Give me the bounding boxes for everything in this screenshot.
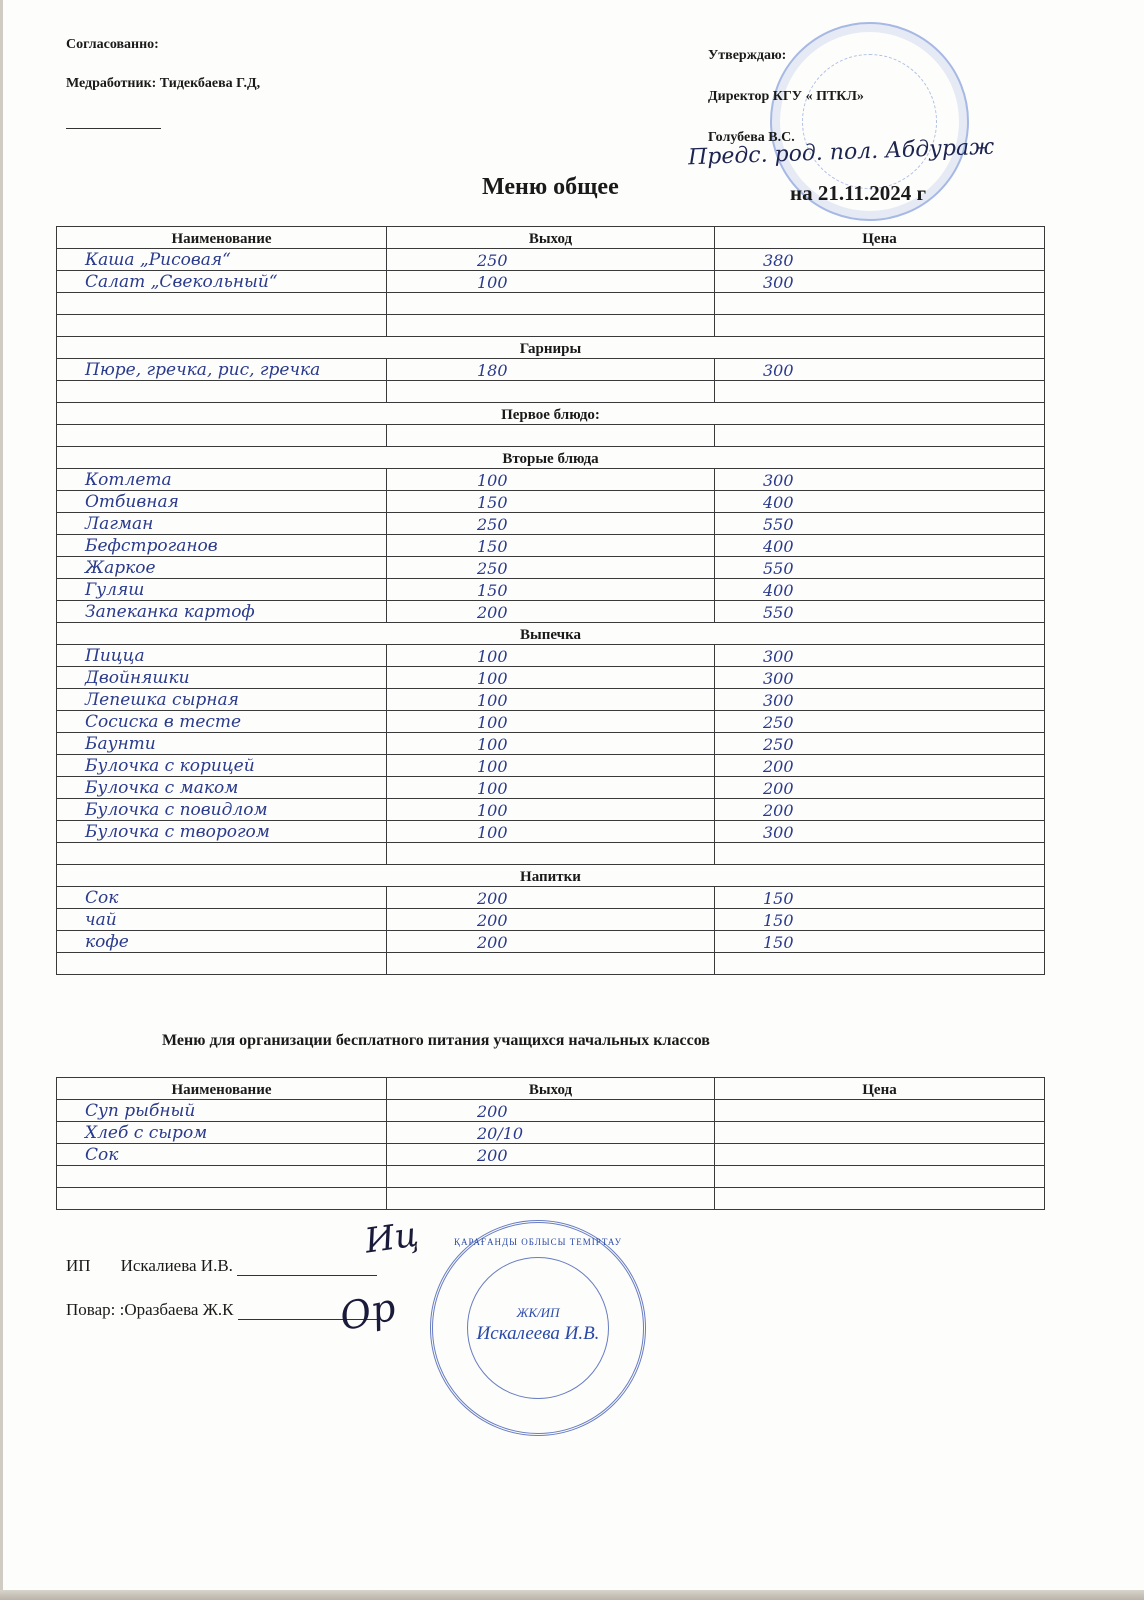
cell-price: 300 (715, 469, 1045, 491)
cell-name: Сок (57, 1144, 387, 1166)
cell-output: 100 (387, 755, 715, 777)
cook-line: Повар: :Оразбаева Ж.К (66, 1300, 378, 1320)
cell-name: Гуляш (57, 579, 387, 601)
table-row: Сок200 (57, 1144, 1045, 1166)
cell-name: Пицца (57, 645, 387, 667)
cell-price (715, 1144, 1045, 1166)
empty-row (57, 1188, 1045, 1210)
cell-output: 180 (387, 359, 715, 381)
menu-date: на 21.11.2024 г (790, 181, 926, 206)
cell-price (715, 1122, 1045, 1144)
cell-price: 550 (715, 557, 1045, 579)
empty-cell (715, 843, 1045, 865)
cook-label: Повар: :Оразбаева Ж.К (66, 1300, 234, 1320)
cell-price: 200 (715, 777, 1045, 799)
table-row: Двойняшки100300 (57, 667, 1045, 689)
cell-name: Баунти (57, 733, 387, 755)
section-bakery: Выпечка (57, 623, 1045, 645)
empty-cell (387, 381, 715, 403)
cell-output: 100 (387, 667, 715, 689)
cell-output: 250 (387, 557, 715, 579)
table-header-row: НаименованиеВыходЦена (57, 1078, 1045, 1100)
table-row: Суп рыбный200 (57, 1100, 1045, 1122)
medic-signature-line (66, 116, 161, 129)
cell-price: 400 (715, 535, 1045, 557)
cell-name: кофе (57, 931, 387, 953)
empty-cell (57, 843, 387, 865)
cell-output: 100 (387, 711, 715, 733)
cell-name: Сосиска в тесте (57, 711, 387, 733)
cell-name: Бефстроганов (57, 535, 387, 557)
cell-price: 550 (715, 513, 1045, 535)
cell-name: Булочка с повидлом (57, 799, 387, 821)
table-row: Булочка с корицей100200 (57, 755, 1045, 777)
section-garnish: Гарниры (57, 337, 1045, 359)
cell-name: Пюре, гречка, рис, гречка (57, 359, 387, 381)
column-header-name: Наименование (57, 1078, 387, 1100)
cell-output: 100 (387, 271, 715, 293)
ip-line: ИП Искалиева И.В. (66, 1256, 378, 1276)
cell-price: 400 (715, 579, 1045, 601)
cell-output: 150 (387, 579, 715, 601)
cell-name: Булочка с маком (57, 777, 387, 799)
table-row: Сосиска в тесте100250 (57, 711, 1045, 733)
cell-output: 100 (387, 469, 715, 491)
table-row: кофе200150 (57, 931, 1045, 953)
ip-stamp: ҚАРАҒАНДЫ ОБЛЫСЫ ТЕМІРТАУ ЖК/ИП Искалеев… (430, 1220, 646, 1436)
cell-name: чай (57, 909, 387, 931)
table-row: чай200150 (57, 909, 1045, 931)
cell-output: 100 (387, 821, 715, 843)
empty-cell (715, 425, 1045, 447)
table-row: Отбивная150400 (57, 491, 1045, 513)
empty-cell (715, 315, 1045, 337)
cell-name: Булочка с творогом (57, 821, 387, 843)
empty-cell (387, 1166, 715, 1188)
table-row: Салат „Свекольный“100300 (57, 271, 1045, 293)
cell-output: 150 (387, 535, 715, 557)
cell-price (715, 1100, 1045, 1122)
empty-cell (57, 425, 387, 447)
ip-name: Искалиева И.В. (121, 1256, 233, 1276)
table-row: Каша „Рисовая“250380 (57, 249, 1045, 271)
cell-name: Хлеб с сыром (57, 1122, 387, 1144)
cell-name: Лагман (57, 513, 387, 535)
cell-name: Запеканка картоф (57, 601, 387, 623)
column-header-price: Цена (715, 227, 1045, 249)
empty-cell (715, 1166, 1045, 1188)
empty-cell (57, 315, 387, 337)
ip-label: ИП (66, 1256, 91, 1276)
section-first-course: Первое блюдо: (57, 403, 1045, 425)
table-row: Сок200150 (57, 887, 1045, 909)
cell-output: 100 (387, 799, 715, 821)
section-title: Первое блюдо: (57, 403, 1045, 425)
empty-row (57, 381, 1045, 403)
cell-name: Булочка с корицей (57, 755, 387, 777)
cell-output: 100 (387, 645, 715, 667)
cell-price: 400 (715, 491, 1045, 513)
cell-price: 300 (715, 359, 1045, 381)
empty-cell (57, 381, 387, 403)
table-row: Пюре, гречка, рис, гречка180300 (57, 359, 1045, 381)
cell-output: 250 (387, 513, 715, 535)
stamp-line2: Искалеева И.В. (433, 1323, 643, 1345)
page-title: Меню общее (482, 174, 619, 201)
table-row: Котлета100300 (57, 469, 1045, 491)
cell-price: 200 (715, 799, 1045, 821)
empty-row (57, 843, 1045, 865)
column-header-output: Выход (387, 227, 715, 249)
table-row: Бефстроганов150400 (57, 535, 1045, 557)
table-header-row: НаименованиеВыходЦена (57, 227, 1045, 249)
ip-signature-line (237, 1259, 377, 1276)
cell-price: 300 (715, 271, 1045, 293)
table-row: Булочка с творогом100300 (57, 821, 1045, 843)
table-row: Запеканка картоф200550 (57, 601, 1045, 623)
empty-row (57, 293, 1045, 315)
cell-name: Сок (57, 887, 387, 909)
free-menu-table: НаименованиеВыходЦенаСуп рыбный200Хлеб с… (56, 1077, 1045, 1210)
page-edge-bottom (0, 1590, 1144, 1600)
empty-cell (57, 953, 387, 975)
section-drinks: Напитки (57, 865, 1045, 887)
cell-price: 380 (715, 249, 1045, 271)
section-title: Вторые блюда (57, 447, 1045, 469)
free-menu-title: Меню для организации бесплатного питания… (162, 1032, 710, 1050)
cell-output: 200 (387, 1100, 715, 1122)
cell-name: Лепешка сырная (57, 689, 387, 711)
signatures-block: ИП Искалиева И.В. Повар: :Оразбаева Ж.К (66, 1256, 378, 1344)
empty-cell (57, 1188, 387, 1210)
empty-row (57, 1166, 1045, 1188)
empty-cell (387, 315, 715, 337)
cell-output: 150 (387, 491, 715, 513)
cell-output: 250 (387, 249, 715, 271)
medic-name: Медработник: Тидекбаева Г.Д, (66, 77, 260, 91)
cell-output: 100 (387, 777, 715, 799)
approve-label: Утверждаю: (708, 48, 864, 64)
section-second-course: Вторые блюда (57, 447, 1045, 469)
table-row: Гуляш150400 (57, 579, 1045, 601)
empty-row (57, 425, 1045, 447)
table-row: Булочка с маком100200 (57, 777, 1045, 799)
cell-output: 100 (387, 733, 715, 755)
empty-cell (715, 953, 1045, 975)
cell-name: Жаркое (57, 557, 387, 579)
cell-name: Двойняшки (57, 667, 387, 689)
empty-cell (387, 425, 715, 447)
director-title: Директор КГУ « ПТКЛ» (708, 89, 864, 105)
column-header-name: Наименование (57, 227, 387, 249)
cell-name: Отбивная (57, 491, 387, 513)
table-row: Пицца100300 (57, 645, 1045, 667)
cell-price: 250 (715, 733, 1045, 755)
table-row: Баунти100250 (57, 733, 1045, 755)
cell-price: 150 (715, 931, 1045, 953)
stamp-ring-text: ҚАРАҒАНДЫ ОБЛЫСЫ ТЕМІРТАУ (433, 1237, 643, 1247)
cell-price: 300 (715, 689, 1045, 711)
table-row: Булочка с повидлом100200 (57, 799, 1045, 821)
cell-name: Котлета (57, 469, 387, 491)
page-edge (0, 0, 3, 1600)
column-header-output: Выход (387, 1078, 715, 1100)
cell-output: 20/10 (387, 1122, 715, 1144)
cell-output: 200 (387, 931, 715, 953)
empty-cell (387, 953, 715, 975)
empty-cell (387, 1188, 715, 1210)
agreement-block: Согласованно: Медработник: Тидекбаева Г.… (66, 38, 260, 154)
section-title: Гарниры (57, 337, 1045, 359)
empty-cell (57, 293, 387, 315)
empty-cell (715, 381, 1045, 403)
cell-output: 200 (387, 887, 715, 909)
cell-price: 250 (715, 711, 1045, 733)
cell-name: Суп рыбный (57, 1100, 387, 1122)
ip-signature: Иц (362, 1214, 420, 1261)
cell-output: 200 (387, 601, 715, 623)
cell-price: 550 (715, 601, 1045, 623)
empty-cell (715, 293, 1045, 315)
cell-price: 150 (715, 887, 1045, 909)
table-row: Жаркое250550 (57, 557, 1045, 579)
cell-price: 150 (715, 909, 1045, 931)
empty-row (57, 953, 1045, 975)
cell-price: 300 (715, 667, 1045, 689)
table-row: Лагман250550 (57, 513, 1045, 535)
empty-cell (57, 1166, 387, 1188)
empty-cell (387, 293, 715, 315)
column-header-price: Цена (715, 1078, 1045, 1100)
cell-name: Каша „Рисовая“ (57, 249, 387, 271)
cell-output: 100 (387, 689, 715, 711)
cell-output: 200 (387, 1144, 715, 1166)
empty-cell (387, 843, 715, 865)
empty-row (57, 315, 1045, 337)
cell-price: 300 (715, 645, 1045, 667)
general-menu-table: НаименованиеВыходЦенаКаша „Рисовая“25038… (56, 226, 1045, 975)
cell-price: 300 (715, 821, 1045, 843)
cell-price: 200 (715, 755, 1045, 777)
table-row: Хлеб с сыром20/10 (57, 1122, 1045, 1144)
stamp-line1: ЖК/ИП (433, 1305, 643, 1321)
cell-name: Салат „Свекольный“ (57, 271, 387, 293)
section-title: Выпечка (57, 623, 1045, 645)
table-row: Лепешка сырная100300 (57, 689, 1045, 711)
section-title: Напитки (57, 865, 1045, 887)
agreed-label: Согласованно: (66, 38, 260, 52)
empty-cell (715, 1188, 1045, 1210)
cell-output: 200 (387, 909, 715, 931)
